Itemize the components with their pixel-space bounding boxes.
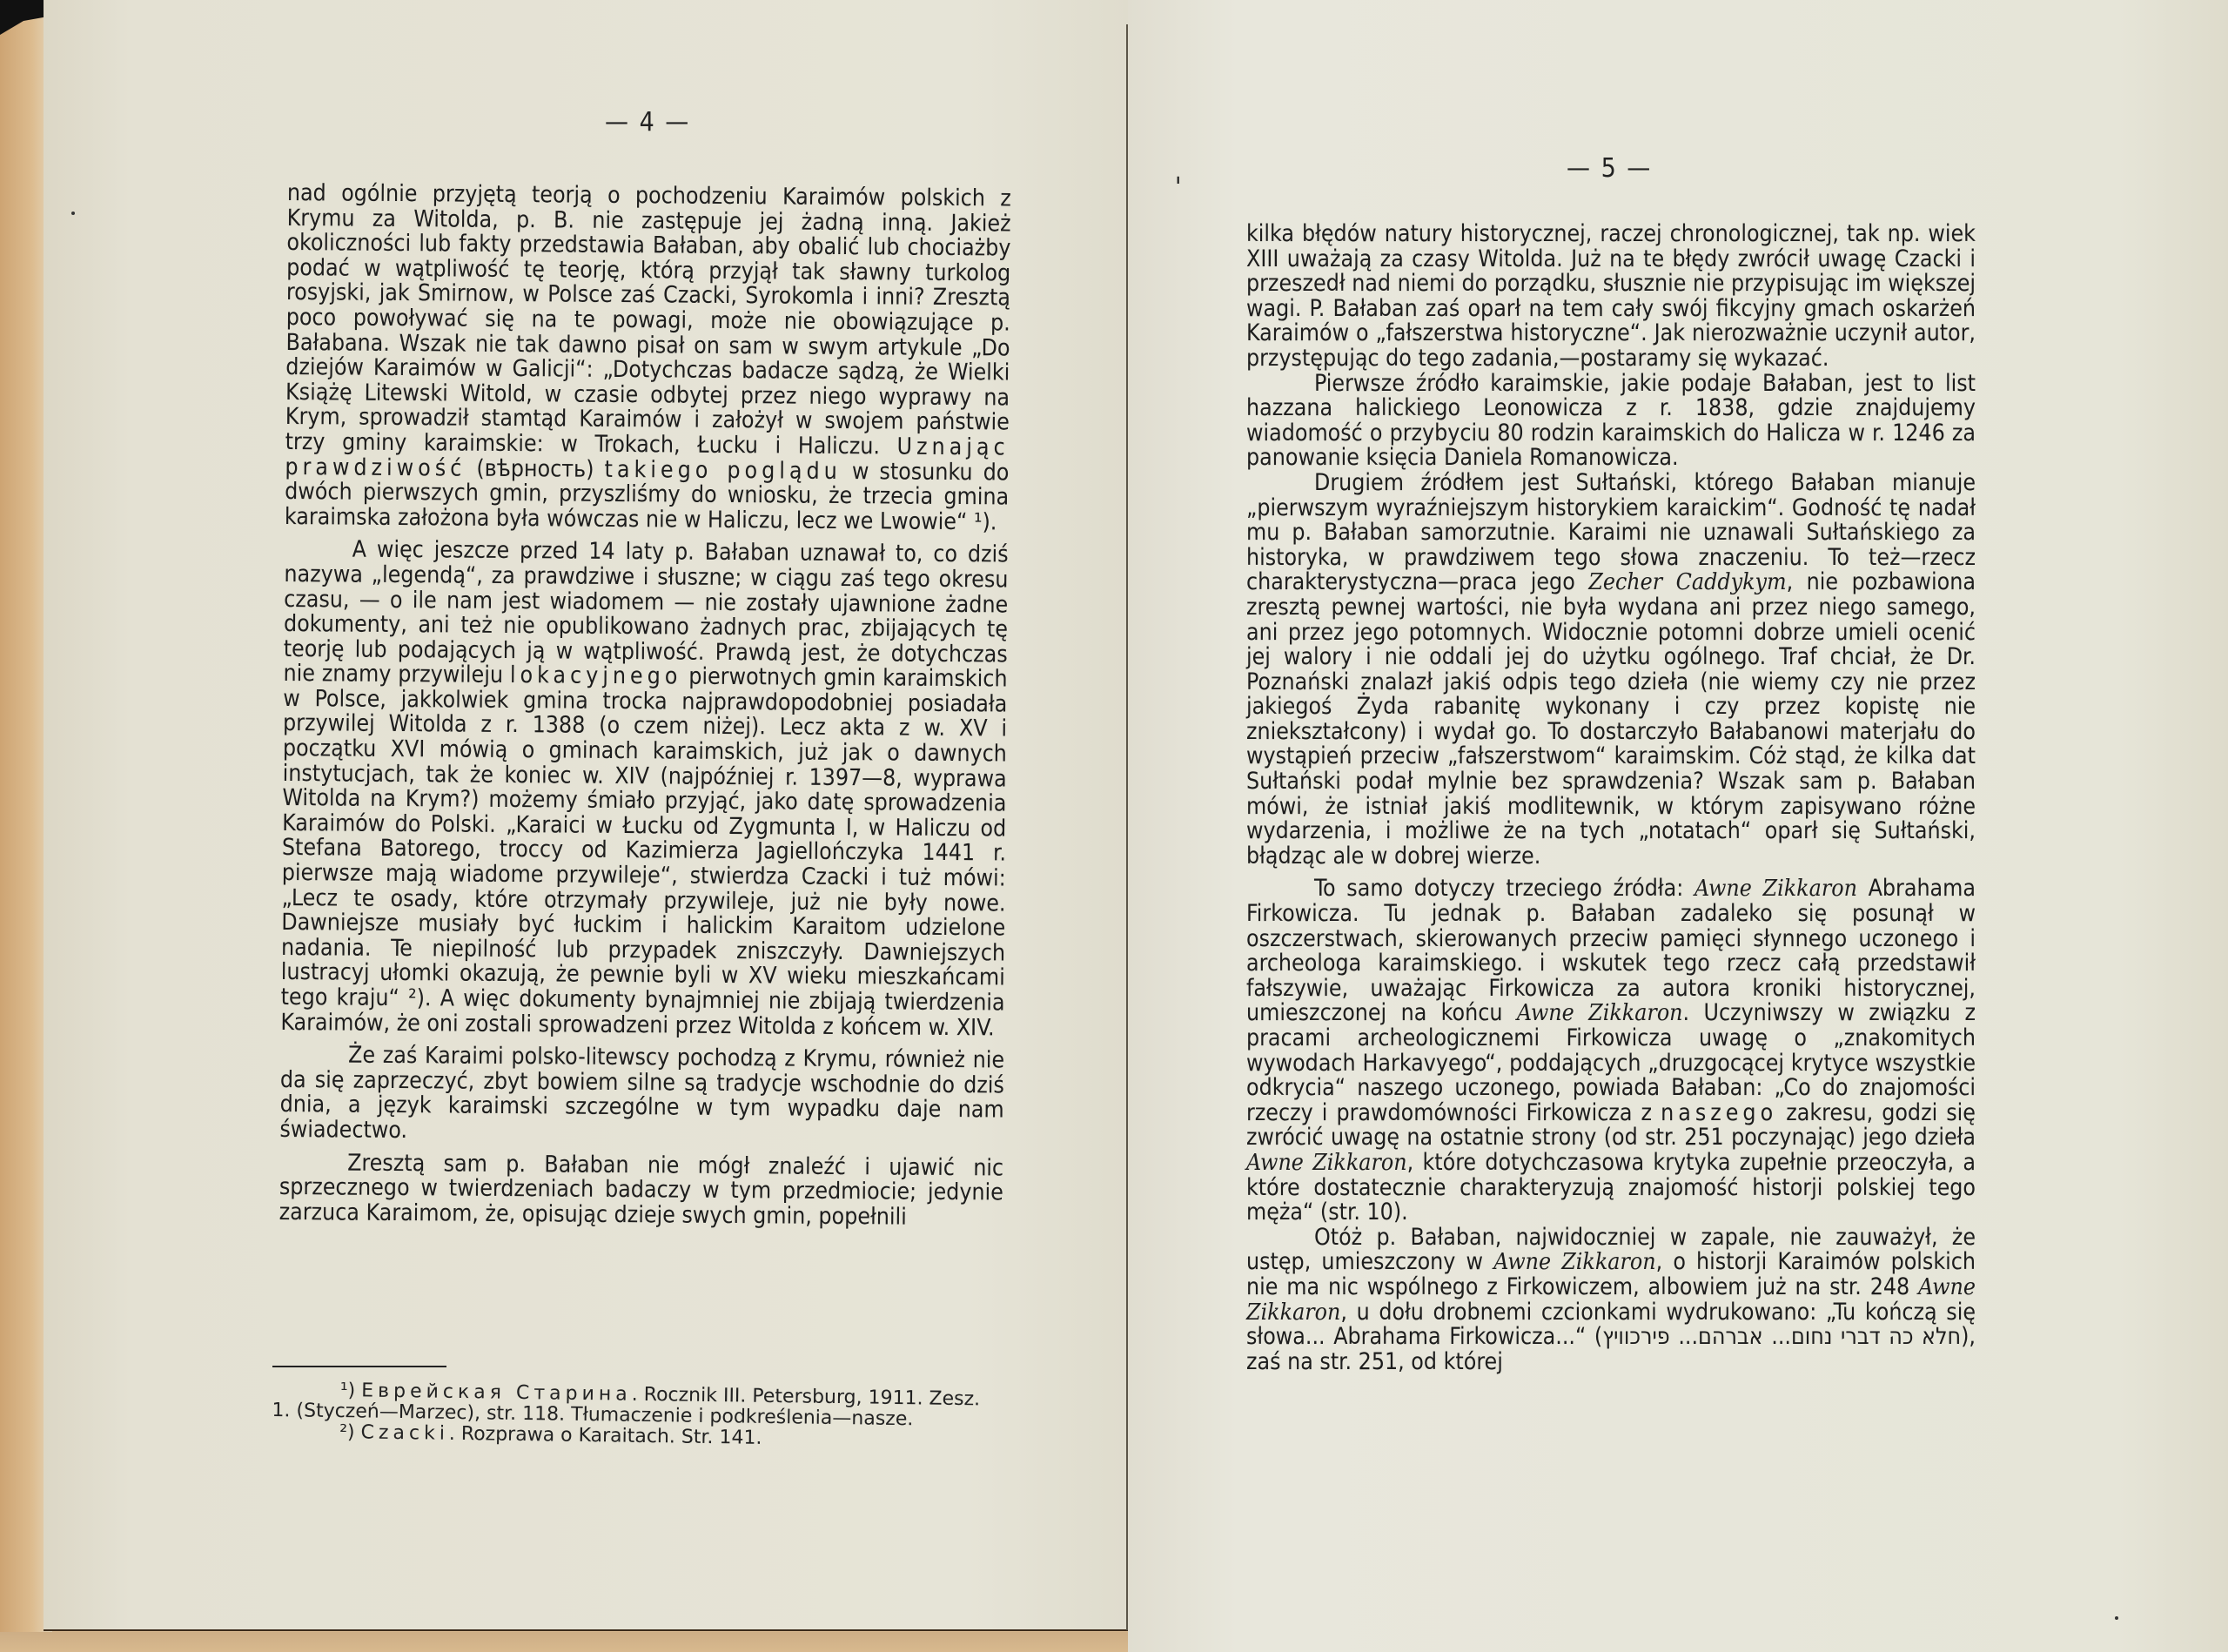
paragraph: nad ogólnie przyjętą teorją o pochodzeni…: [285, 181, 1011, 535]
footnote-separator: [272, 1366, 446, 1367]
paragraph: Zresztą sam p. Bałaban nie mógł znaleźć …: [279, 1151, 1004, 1231]
page-number-left: — 4 —: [605, 107, 690, 138]
paragraph: kilka błędów natury historycznej, raczej…: [1246, 222, 1976, 372]
speck: [2115, 1616, 2118, 1620]
page-number-right: — 5 —: [1567, 153, 1652, 184]
paragraph: A więc jeszcze przed 14 laty p. Bałaban …: [280, 537, 1008, 1040]
paragraph: To samo dotyczy trzeciego źródła: Awne Z…: [1246, 876, 1976, 1225]
paragraph: Że zaś Karaimi polsko-litewscy pochodzą …: [279, 1043, 1004, 1148]
speck: [71, 212, 75, 215]
hebrew-quote: חלא כה דברי נחום... אברהם... פירכוויץ: [1602, 1323, 1961, 1350]
right-page-body: kilka błędów natury historycznej, raczej…: [1246, 222, 1976, 1374]
paragraph: Otóż p. Bałaban, najwidoczniej w zapale,…: [1246, 1226, 1976, 1375]
left-page-body: nad ogólnie przyjętą teorją o pochodzeni…: [279, 181, 1011, 1231]
paragraph: Drugiem źródłem jest Sułtański, którego …: [1246, 471, 1976, 870]
stray-ink-mark: ': [1175, 172, 1181, 203]
paragraph: Pierwsze źródło karaimskie, jakie podaje…: [1246, 372, 1976, 471]
footnotes: ¹) Еврейская Старина. Rocznik III. Peter…: [272, 1380, 1003, 1453]
